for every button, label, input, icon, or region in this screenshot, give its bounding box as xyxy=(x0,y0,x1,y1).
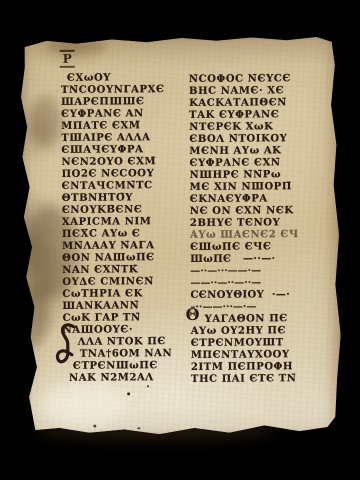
manuscript-line: ЄШωΠЄ ЄЧЄ xyxy=(190,241,299,254)
manuscript-line: ΝΑΝ ЄΧΝ̄ΤΚ̄ xyxy=(62,264,172,277)
parchment-stain xyxy=(29,95,61,147)
manuscript-line: ΠЄΧ̄С̄ ΑΥω Є xyxy=(62,228,172,241)
parchment-page: Ρ ЄΧωΟΥΤΝ̄СΟΟΥΝΓΑΡΧЄШΑΡЄΠШШЄЄΥΦΡΑΝЄ ΑΝΜ̄… xyxy=(17,35,342,435)
manuscript-line: ΧΑΡΙСΜΑ ΝΙΜ xyxy=(62,216,172,229)
manuscript-line: ЄΤΡЄΝΜΟΥШΤ xyxy=(191,337,300,350)
manuscript-line: ЄΥΦΡΑΝЄ ΑΝ xyxy=(61,108,171,121)
right-text-column: Ν̄СΟΦΟС Ν̄ЄΥСЄΒΗС ΝΑΜЄ· ΧЄΚΑСΚΑΤΑΠΘЄΝ̄ΤΑ… xyxy=(189,73,300,386)
manuscript-line: ЄΝΟΥΚΒ̄ЄΝЄ xyxy=(62,204,172,217)
manuscript-line: ШΑΡЄΠШШЄ xyxy=(61,96,171,109)
manuscript-line: ΠΟ2Є ΝЄСΟΟΥ xyxy=(62,168,172,181)
manuscript-line: ΥΑΓΑΘΟΝ ΠЄ xyxy=(191,313,300,326)
ink-speck xyxy=(93,425,96,428)
manuscript-line: ΝЄ ΟΝ ЄΧΝ̄ ΝЄΚ xyxy=(190,205,299,218)
manuscript-line: ЄΒΟΛ Ν̄ΤΟΙΚΟΥ xyxy=(189,133,298,146)
manuscript-line: ΘΤΒΝΗΤΟ̄Υ xyxy=(62,192,172,205)
manuscript-line: ШωΠЄ —··—· xyxy=(190,253,299,266)
manuscript-line: –··——···—·— xyxy=(190,301,299,314)
drop-initial-theta: Θ xyxy=(186,307,200,323)
manuscript-line: 2ΒΗΥЄ ΤЄΝΟΥ xyxy=(190,217,299,230)
manuscript-line: ΚΑСΚΑΤΑΠΘЄΝ̄ xyxy=(189,97,298,110)
manuscript-line: ΑΥω ШΑЄΝЄ2 ЄЧ xyxy=(190,229,299,242)
manuscript-line: ΤΑΚ ЄΥΦΡΑΝЄ xyxy=(189,109,298,122)
manuscript-line: ΜΝ̄ΛΑΑΥ Ν̄ΑΓΑ xyxy=(62,240,172,253)
manuscript-line: ΑΥω ΟΥ2ΗΥ ΠЄ xyxy=(191,325,300,338)
parchment-stain xyxy=(18,285,48,347)
parchment-worn-patch xyxy=(41,382,125,429)
parchment-stain xyxy=(47,39,107,55)
manuscript-line: ЄΚΝΑЄΥΦΡΑ xyxy=(190,193,299,206)
manuscript-line: Μ̄ΠЄΝΤΑΥΧΟΟΥ xyxy=(191,349,300,362)
manuscript-line: ΜЄ ΧΙΝ Ν̄ШΟΡΠ̄ xyxy=(190,181,299,194)
manuscript-line: ΤΝ̄СΟΟΥΝΓΑΡΧЄ xyxy=(61,84,171,97)
folio-number: Ρ xyxy=(60,50,75,68)
manuscript-line: СЄΝΟΥΘΙΟΥ ·—· xyxy=(190,289,299,302)
manuscript-line: ΝΑΚ Ν̄2Μ̄2ΑΛ xyxy=(63,372,173,385)
manuscript-line: ——··—··—··— xyxy=(190,277,299,290)
manuscript-line: ΟΥΔЄ СΜΙΝЄΝ̄ xyxy=(62,276,172,289)
manuscript-line: ΜЄΝΗ ΑΥω ΑΚ xyxy=(189,145,298,158)
manuscript-line: ЄΝΤΑЧСΜΝ̄ΤС xyxy=(62,180,172,193)
manuscript-line: ЄШΑЧЄΥΦΡΑ xyxy=(61,144,171,157)
ink-speck xyxy=(127,392,130,395)
manuscript-line: СωΤΗΡΙΑ ЄΚ xyxy=(62,288,172,301)
manuscript-line: ΤШΑΙΡЄ ΑΛΛΑ xyxy=(61,132,171,145)
manuscript-photo: Ρ ЄΧωΟΥΤΝ̄СΟΟΥΝΓΑΡΧЄШΑΡЄΠШШЄЄΥΦΡΑΝЄ ΑΝΜ̄… xyxy=(0,0,360,480)
manuscript-line: Ν̄СΟΦΟС Ν̄ЄΥСЄ xyxy=(189,73,298,86)
ink-speck xyxy=(137,427,140,429)
manuscript-line: ЄΥΦΡΑΝЄ ЄΧΝ̄ xyxy=(189,157,298,170)
ink-speck xyxy=(147,385,149,387)
manuscript-line: —··—···——·— xyxy=(190,265,299,278)
manuscript-line: 2ΙΤΜ̄ ΠЄΠΡΟΦΗ xyxy=(191,361,300,374)
manuscript-line: Ν̄ΤЄΡЄΚ ΧωΚ xyxy=(189,121,298,134)
manuscript-line: ΤΗС ΠΑΙ ЄΤЄ ΤΝ̄ xyxy=(191,373,300,386)
manuscript-line: ЄΧωΟΥ xyxy=(61,72,171,85)
manuscript-line: Μ̄ΠΑΤЄ ЄΧΜ̄ xyxy=(61,120,171,133)
manuscript-line: ШΑΝΚΑΑΝΝ̄ xyxy=(62,300,172,313)
drop-initial-alpha xyxy=(55,323,81,367)
manuscript-line: ΝЄΝ2ΟΥΟ ЄΧΜ̄ xyxy=(61,156,171,169)
manuscript-line: ΘΟΝ ΝΑШωΠЄ xyxy=(62,252,172,265)
manuscript-line: ΒΗС ΝΑΜЄ· ΧЄ xyxy=(189,85,298,98)
manuscript-line: Ν̄ШΗΡЄ Ν̄Ν̄Ρω xyxy=(190,169,299,182)
